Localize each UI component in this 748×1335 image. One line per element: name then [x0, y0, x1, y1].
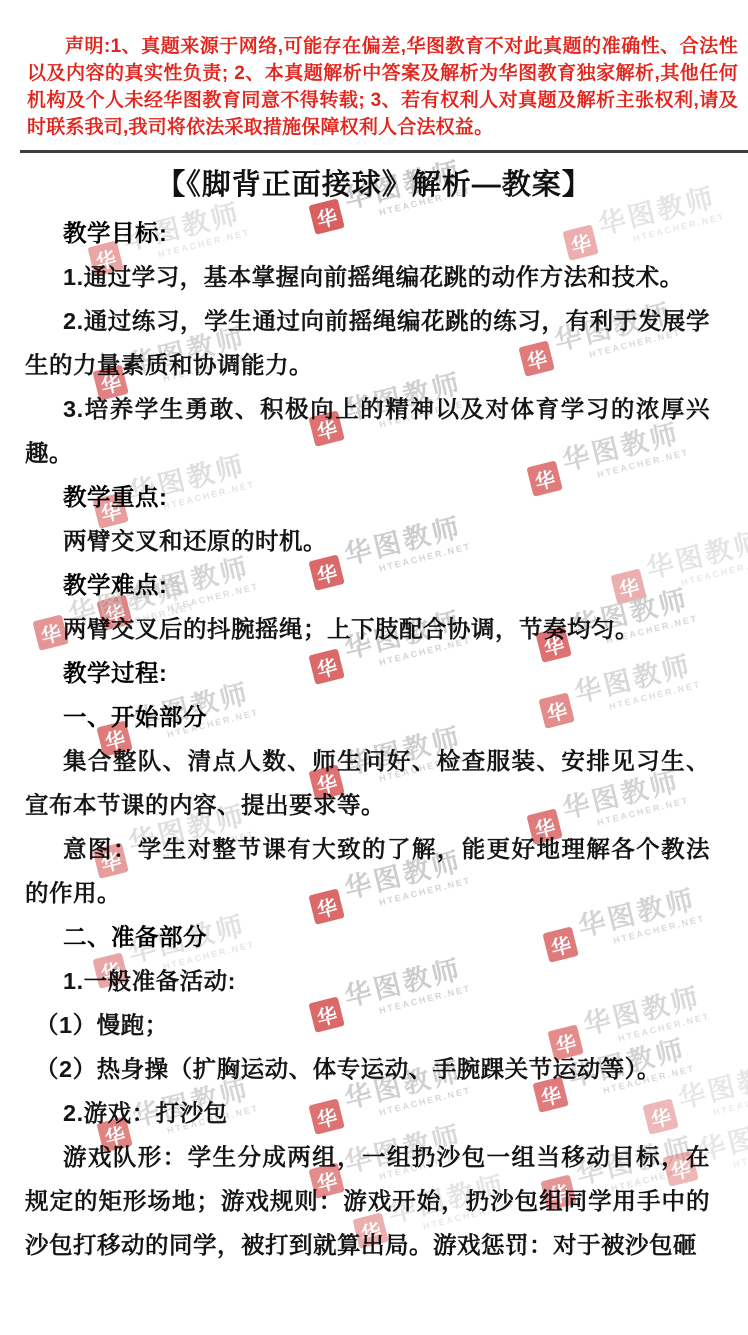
disclaimer-label: 声明: [65, 36, 111, 57]
doc-title: 【《脚背正面接球》解析—教案】 [0, 165, 748, 205]
paragraph: 1.通过学习，基本掌握向前摇绳编花跳的动作方法和技术。 [25, 255, 710, 299]
disclaimer-text: 1、真题来源于网络,可能存在偏差,华图教育不对此真题的准确性、合法性以及内容的真… [27, 36, 738, 138]
paragraph: （2）热身操（扩胸运动、体专运动、手腕踝关节运动等）。 [25, 1047, 710, 1091]
section-heading: 一、开始部分 [25, 695, 710, 739]
paragraph: 2.通过练习，学生通过向前摇绳编花跳的练习，有利于发展学生的力量素质和协调能力。 [25, 299, 710, 387]
paragraph: 3.培养学生勇敢、积极向上的精神以及对体育学习的浓厚兴趣。 [25, 387, 710, 475]
paragraph: 1.一般准备活动: [25, 959, 710, 1003]
paragraph: 两臂交叉和还原的时机。 [25, 519, 710, 563]
paragraph: 游戏队形：学生分成两组，一组扔沙包一组当移动目标，在规定的矩形场地；游戏规则：游… [25, 1135, 710, 1267]
section-heading: 教学过程: [25, 651, 710, 695]
paragraph: 2.游戏：打沙包 [25, 1091, 710, 1135]
section-heading: 教学难点: [25, 563, 710, 607]
paragraph: 意图：学生对整节课有大致的了解，能更好地理解各个教法的作用。 [25, 827, 710, 915]
doc-body: 教学目标:1.通过学习，基本掌握向前摇绳编花跳的动作方法和技术。2.通过练习，学… [25, 211, 710, 1267]
document-page: 声明:1、真题来源于网络,可能存在偏差,华图教育不对此真题的准确性、合法性以及内… [0, 33, 748, 1267]
paragraph: （1）慢跑； [25, 1003, 710, 1047]
section-heading: 二、准备部分 [25, 915, 710, 959]
disclaimer: 声明:1、真题来源于网络,可能存在偏差,华图教育不对此真题的准确性、合法性以及内… [27, 33, 738, 141]
paragraph: 集合整队、清点人数、师生问好、检查服装、安排见习生、宣布本节课的内容、提出要求等… [25, 739, 710, 827]
section-heading: 教学目标: [25, 211, 710, 255]
paragraph: 两臂交叉后的抖腕摇绳；上下肢配合协调，节奏均匀。 [25, 607, 710, 651]
section-heading: 教学重点: [25, 475, 710, 519]
separator-line [20, 150, 748, 153]
